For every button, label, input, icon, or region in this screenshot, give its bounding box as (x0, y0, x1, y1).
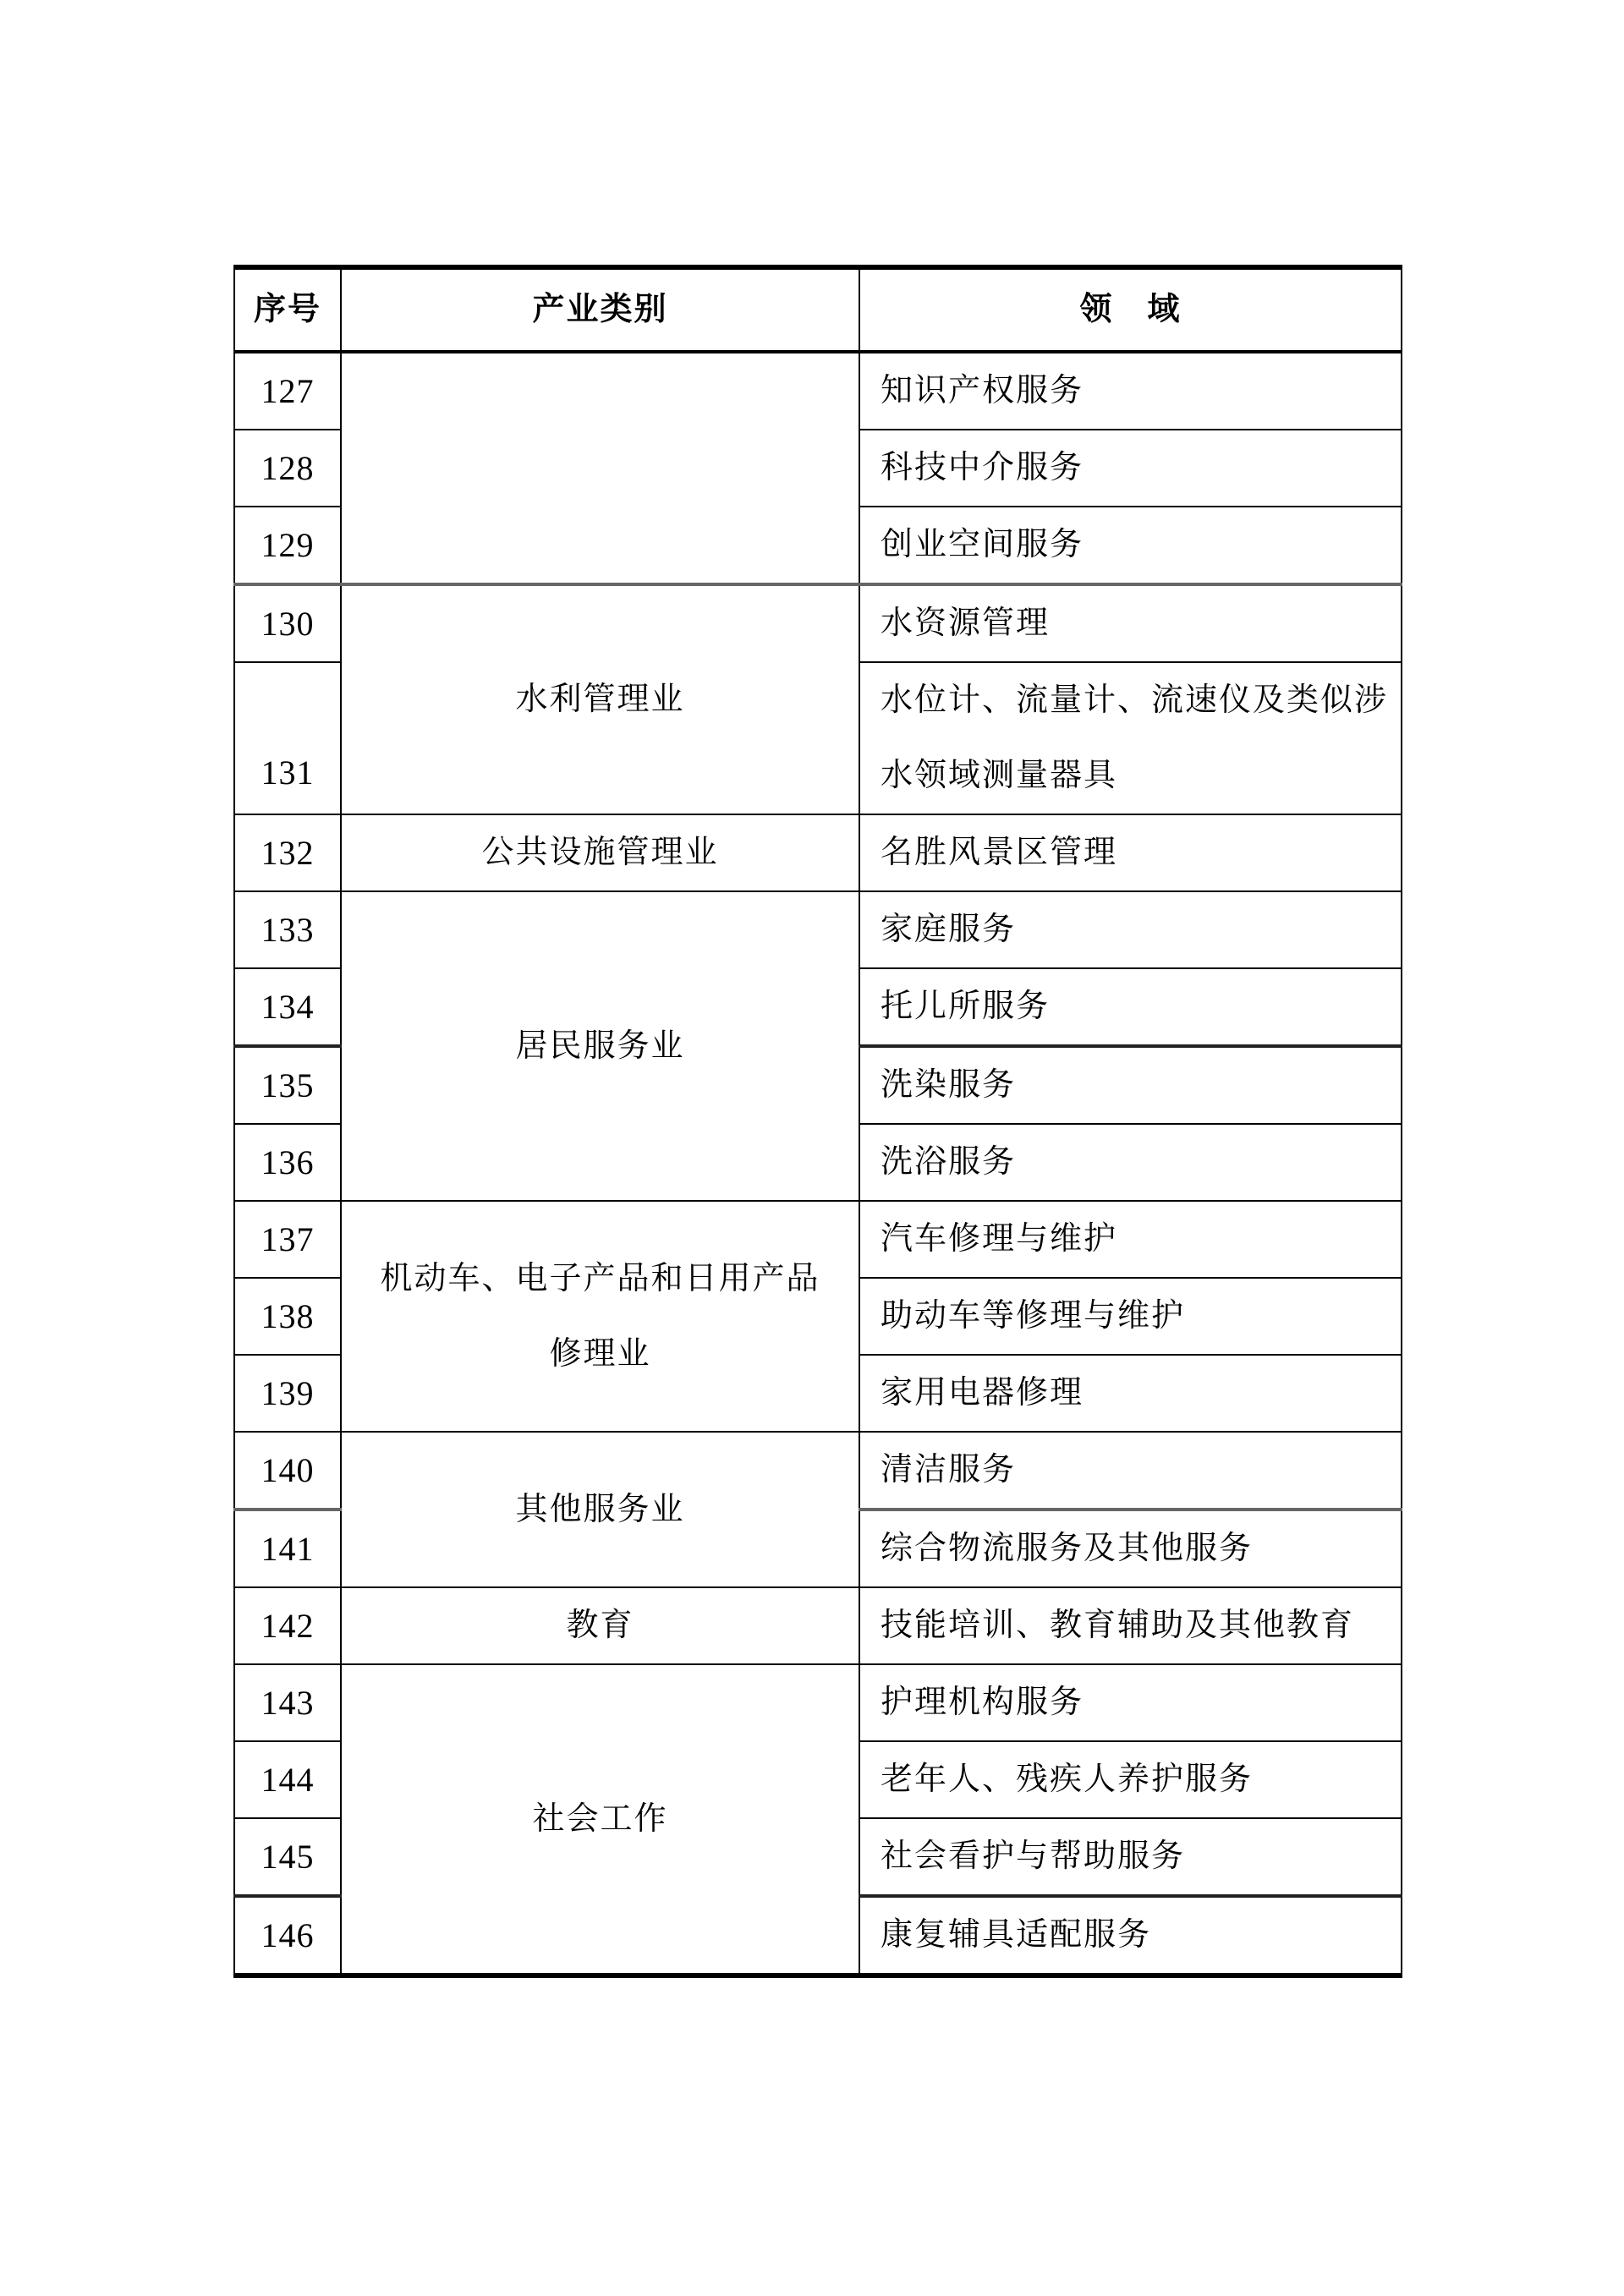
cell-no: 127 (234, 352, 341, 430)
table-row: 132 公共设施管理业 名胜风景区管理 (234, 814, 1402, 891)
cell-category-education: 教育 (341, 1587, 859, 1664)
cell-no: 142 (234, 1587, 341, 1664)
cell-domain: 家用电器修理 (859, 1355, 1402, 1432)
cell-no: 134 (234, 968, 341, 1046)
cell-domain: 科技中介服务 (859, 430, 1402, 507)
header-cell-category: 产业类别 (341, 267, 859, 352)
table-row: 127 知识产权服务 (234, 352, 1402, 430)
cell-no: 128 (234, 430, 341, 507)
table-row: 133 居民服务业 家庭服务 (234, 891, 1402, 968)
cell-category-repair-industry: 机动车、电子产品和日用产品 修理业 (341, 1201, 859, 1432)
cell-domain: 综合物流服务及其他服务 (859, 1510, 1402, 1587)
cell-category-water-management: 水利管理业 (341, 584, 859, 814)
cell-no: 133 (234, 891, 341, 968)
category-line: 机动车、电子产品和日用产品 (342, 1241, 859, 1317)
cell-domain: 汽车修理与维护 (859, 1201, 1402, 1278)
cell-no: 131 (234, 662, 341, 814)
table-row: 140 其他服务业 清洁服务 (234, 1432, 1402, 1510)
cell-no: 135 (234, 1046, 341, 1124)
table-row: 137 机动车、电子产品和日用产品 修理业 汽车修理与维护 (234, 1201, 1402, 1278)
cell-category-other-services: 其他服务业 (341, 1432, 859, 1587)
cell-domain: 家庭服务 (859, 891, 1402, 968)
cell-domain: 知识产权服务 (859, 352, 1402, 430)
table-row: 142 教育 技能培训、教育辅助及其他教育 (234, 1587, 1402, 1664)
cell-no: 130 (234, 584, 341, 662)
cell-domain: 洗染服务 (859, 1046, 1402, 1124)
cell-no: 140 (234, 1432, 341, 1510)
header-cell-index: 序号 (234, 267, 341, 352)
category-line: 修理业 (342, 1317, 859, 1392)
cell-domain: 洗浴服务 (859, 1124, 1402, 1201)
cell-no: 136 (234, 1124, 341, 1201)
cell-no: 129 (234, 507, 341, 584)
document-page: 序号 产业类别 领 域 127 知识产权服务 128 科技中介服务 129 创业… (0, 0, 1624, 2296)
table-row: 130 水利管理业 水资源管理 (234, 584, 1402, 662)
industry-domain-table: 序号 产业类别 领 域 127 知识产权服务 128 科技中介服务 129 创业… (233, 265, 1402, 1978)
header-cell-domain: 领 域 (859, 267, 1402, 352)
cell-category-public-facilities: 公共设施管理业 (341, 814, 859, 891)
table-row: 143 社会工作 护理机构服务 (234, 1664, 1402, 1741)
cell-no: 141 (234, 1510, 341, 1587)
cell-no: 132 (234, 814, 341, 891)
cell-domain: 清洁服务 (859, 1432, 1402, 1510)
cell-no: 143 (234, 1664, 341, 1741)
cell-domain: 创业空间服务 (859, 507, 1402, 584)
cell-domain: 康复辅具适配服务 (859, 1896, 1402, 1975)
cell-domain: 护理机构服务 (859, 1664, 1402, 1741)
cell-category-empty (341, 352, 859, 584)
cell-no: 139 (234, 1355, 341, 1432)
cell-domain: 水位计、流量计、流速仪及类似涉水领域测量器具 (859, 662, 1402, 814)
cell-no: 144 (234, 1741, 341, 1818)
cell-no: 138 (234, 1278, 341, 1355)
cell-no: 145 (234, 1818, 341, 1896)
cell-domain: 老年人、残疾人养护服务 (859, 1741, 1402, 1818)
cell-domain: 助动车等修理与维护 (859, 1278, 1402, 1355)
cell-domain: 技能培训、教育辅助及其他教育 (859, 1587, 1402, 1664)
cell-category-social-work: 社会工作 (341, 1664, 859, 1975)
cell-domain: 托儿所服务 (859, 968, 1402, 1046)
cell-category-resident-services: 居民服务业 (341, 891, 859, 1201)
cell-domain: 名胜风景区管理 (859, 814, 1402, 891)
cell-no: 137 (234, 1201, 341, 1278)
cell-no: 146 (234, 1896, 341, 1975)
cell-domain: 水资源管理 (859, 584, 1402, 662)
table-header-row: 序号 产业类别 领 域 (234, 267, 1402, 352)
cell-domain: 社会看护与帮助服务 (859, 1818, 1402, 1896)
